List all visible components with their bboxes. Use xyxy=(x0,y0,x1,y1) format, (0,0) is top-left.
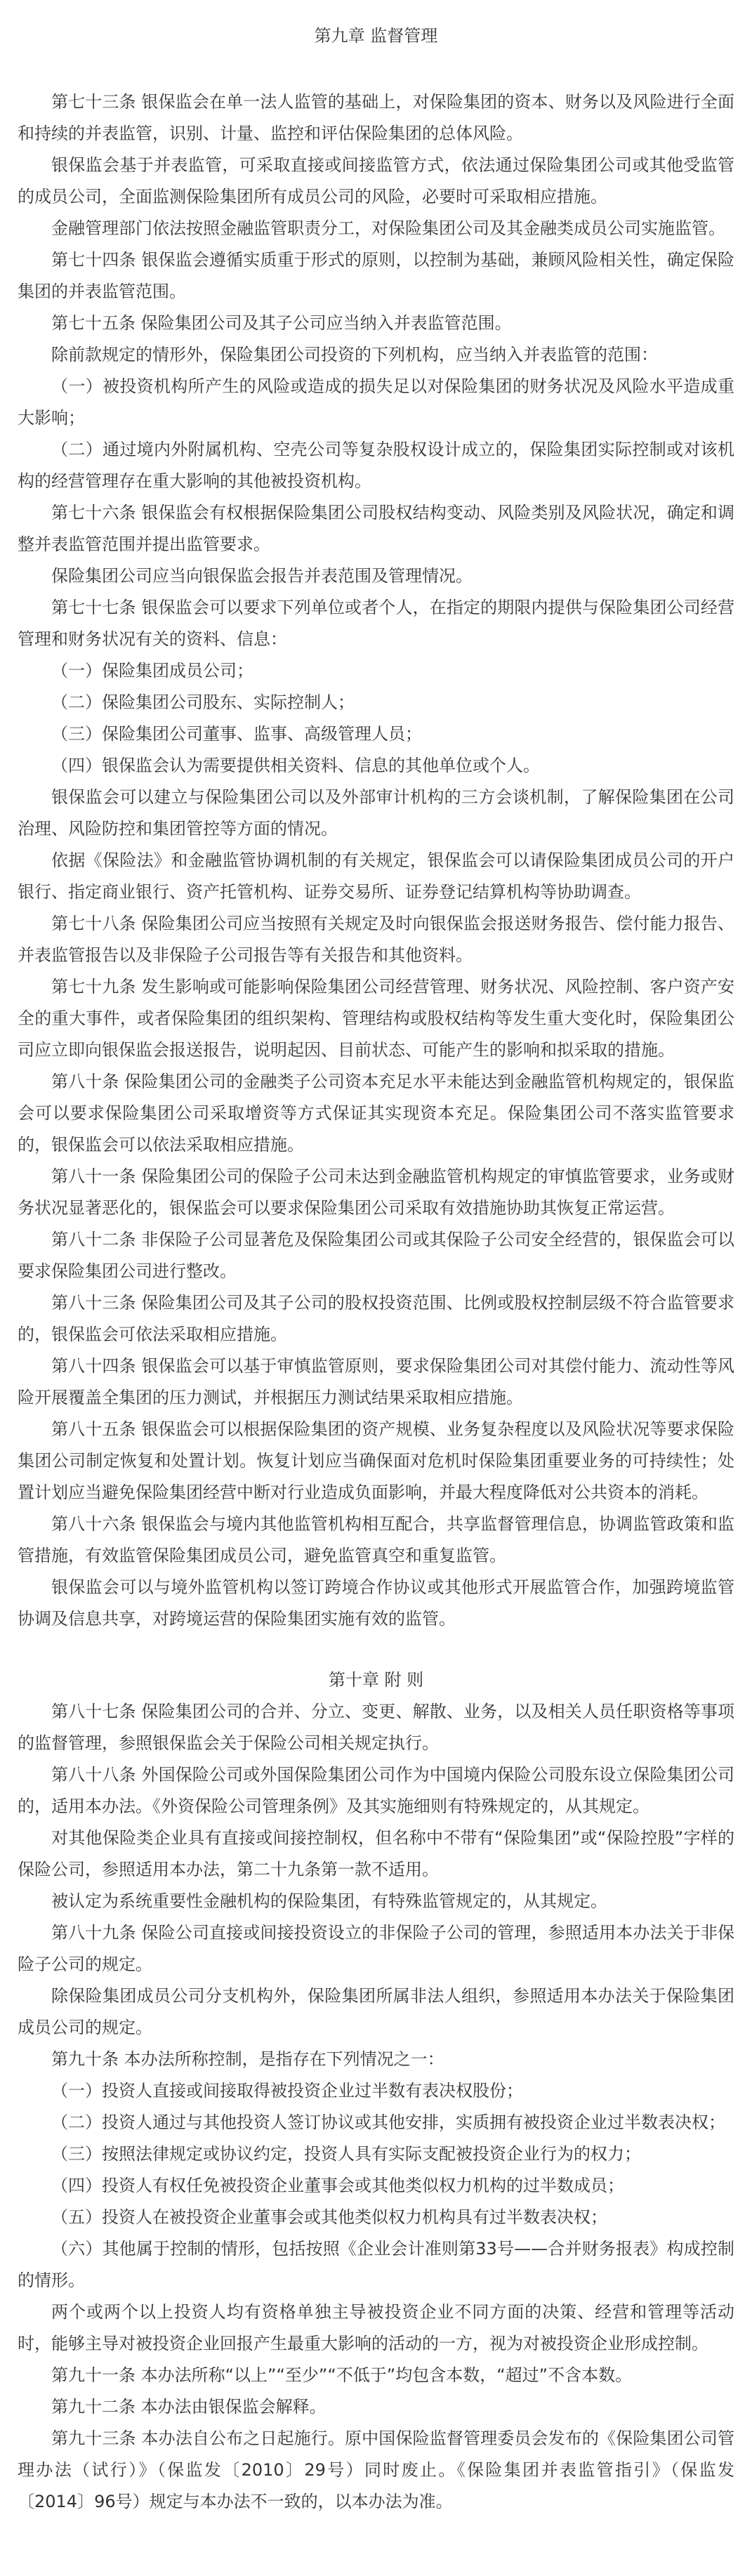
paragraph: 第七十四条 银保监会遵循实质重于形式的原则，以控制为基础，兼顾风险相关性，确定保… xyxy=(18,244,734,308)
paragraph: 除保险集团成员公司分支机构外，保险集团所属非法人组织，参照适用本办法关于保险集团… xyxy=(18,1980,734,2044)
list-item: （二）投资人通过与其他投资人签订协议或其他安排，实质拥有被投资企业过半数表决权； xyxy=(18,2107,734,2138)
list-item: （二）保险集团公司股东、实际控制人； xyxy=(18,687,734,718)
list-item: （一）投资人直接或间接取得被投资企业过半数有表决权股份； xyxy=(18,2075,734,2107)
paragraph: 银保监会基于并表监管，可采取直接或间接监管方式，依法通过保险集团公司或其他受监管… xyxy=(18,150,734,213)
list-item: （三）保险集团公司董事、监事、高级管理人员； xyxy=(18,718,734,750)
paragraph: 第八十二条 非保险子公司显著危及保险集团公司或其保险子公司安全经营的，银保监会可… xyxy=(18,1224,734,1287)
paragraph: 第八十七条 保险集团公司的合并、分立、变更、解散、业务，以及相关人员任职资格等事… xyxy=(18,1696,734,1759)
paragraph: 第八十三条 保险集团公司及其子公司的股权投资范围、比例或股权控制层级不符合监管要… xyxy=(18,1287,734,1351)
list-item: （五）投资人在被投资企业董事会或其他类似权力机构具有过半数表决权； xyxy=(18,2202,734,2233)
chapter-9-body: 第七十三条 银保监会在单一法人监管的基础上，对保险集团的资本、财务以及风险进行全… xyxy=(18,86,734,1635)
list-item: （三）按照法律规定或协议约定，投资人具有实际支配被投资企业行为的权力； xyxy=(18,2138,734,2170)
paragraph: 第八十九条 保险公司直接或间接投资设立的非保险子公司的管理，参照适用本办法关于非… xyxy=(18,1917,734,1980)
paragraph: 第九十一条 本办法所称“以上”“至少”“不低于”均包含本数，“超过”不含本数。 xyxy=(18,2360,734,2391)
paragraph: 银保监会可以与境外监管机构以签订跨境合作协议或其他形式开展监管合作，加强跨境监管… xyxy=(18,1572,734,1635)
list-item: （一）被投资机构所产生的风险或造成的损失足以对保险集团的财务状况及风险水平造成重… xyxy=(18,371,734,434)
list-item: （一）保险集团成员公司； xyxy=(18,655,734,687)
paragraph: 金融管理部门依法按照金融监管职责分工，对保险集团公司及其金融类成员公司实施监管。 xyxy=(18,213,734,244)
paragraph: 第九十三条 本办法自公布之日起施行。原中国保险监督管理委员会发布的《保险集团公司… xyxy=(18,2423,734,2518)
paragraph: 第八十八条 外国保险公司或外国保险集团公司作为中国境内保险公司股东设立保险集团公… xyxy=(18,1759,734,1822)
paragraph: 除前款规定的情形外，保险集团公司投资的下列机构，应当纳入并表监管的范围： xyxy=(18,339,734,371)
chapter-9-title: 第九章 监督管理 xyxy=(18,0,734,52)
paragraph: 第七十八条 保险集团公司应当按照有关规定及时向银保监会报送财务报告、偿付能力报告… xyxy=(18,908,734,971)
paragraph: 第七十三条 银保监会在单一法人监管的基础上，对保险集团的资本、财务以及风险进行全… xyxy=(18,86,734,150)
paragraph: 第七十九条 发生影响或可能影响保险集团公司经营管理、财务状况、风险控制、客户资产… xyxy=(18,971,734,1066)
paragraph: 第七十五条 保险集团公司及其子公司应当纳入并表监管范围。 xyxy=(18,308,734,339)
list-item: （二）通过境内外附属机构、空壳公司等复杂股权设计成立的，保险集团实际控制或对该机… xyxy=(18,434,734,497)
paragraph: 第七十七条 银保监会可以要求下列单位或者个人，在指定的期限内提供与保险集团公司经… xyxy=(18,592,734,655)
paragraph: 第八十一条 保险集团公司的保险子公司未达到金融监管机构规定的审慎监管要求，业务或… xyxy=(18,1161,734,1224)
paragraph: 两个或两个以上投资人均有资格单独主导被投资企业不同方面的决策、经营和管理等活动时… xyxy=(18,2296,734,2360)
paragraph: 第八十六条 银保监会与境内其他监管机构相互配合，共享监督管理信息，协调监管政策和… xyxy=(18,1509,734,1572)
paragraph: 第九十二条 本办法由银保监会解释。 xyxy=(18,2391,734,2423)
list-item: （六）其他属于控制的情形，包括按照《企业会计准则第33号——合并财务报表》构成控… xyxy=(18,2233,734,2296)
list-item: （四）投资人有权任免被投资企业董事会或其他类似权力机构的过半数成员； xyxy=(18,2170,734,2202)
paragraph: 第八十五条 银保监会可以根据保险集团的资产规模、业务复杂程度以及风险状况等要求保… xyxy=(18,1414,734,1509)
paragraph: 第八十条 保险集团公司的金融类子公司资本充足水平未能达到金融监管机构规定的，银保… xyxy=(18,1066,734,1161)
paragraph: 被认定为系统重要性金融机构的保险集团，有特殊监管规定的，从其规定。 xyxy=(18,1886,734,1917)
document: 第九章 监督管理 第七十三条 银保监会在单一法人监管的基础上，对保险集团的资本、… xyxy=(0,0,752,2518)
paragraph: 对其他保险类企业具有直接或间接控制权，但名称中不带有“保险集团”或“保险控股”字… xyxy=(18,1822,734,1886)
chapter-10-title: 第十章 附 则 xyxy=(18,1664,734,1696)
paragraph: 第八十四条 银保监会可以基于审慎监管原则，要求保险集团公司对其偿付能力、流动性等… xyxy=(18,1351,734,1414)
paragraph: 银保监会可以建立与保险集团公司以及外部审计机构的三方会谈机制，了解保险集团在公司… xyxy=(18,782,734,845)
paragraph: 第七十六条 银保监会有权根据保险集团公司股权结构变动、风险类别及风险状况，确定和… xyxy=(18,497,734,560)
paragraph: 第九十条 本办法所称控制，是指存在下列情况之一： xyxy=(18,2044,734,2075)
paragraph: 依据《保险法》和金融监管协调机制的有关规定，银保监会可以请保险集团成员公司的开户… xyxy=(18,845,734,908)
paragraph: 保险集团公司应当向银保监会报告并表范围及管理情况。 xyxy=(18,560,734,592)
chapter-10-body: 第八十七条 保险集团公司的合并、分立、变更、解散、业务，以及相关人员任职资格等事… xyxy=(18,1696,734,2518)
list-item: （四）银保监会认为需要提供相关资料、信息的其他单位或个人。 xyxy=(18,750,734,782)
